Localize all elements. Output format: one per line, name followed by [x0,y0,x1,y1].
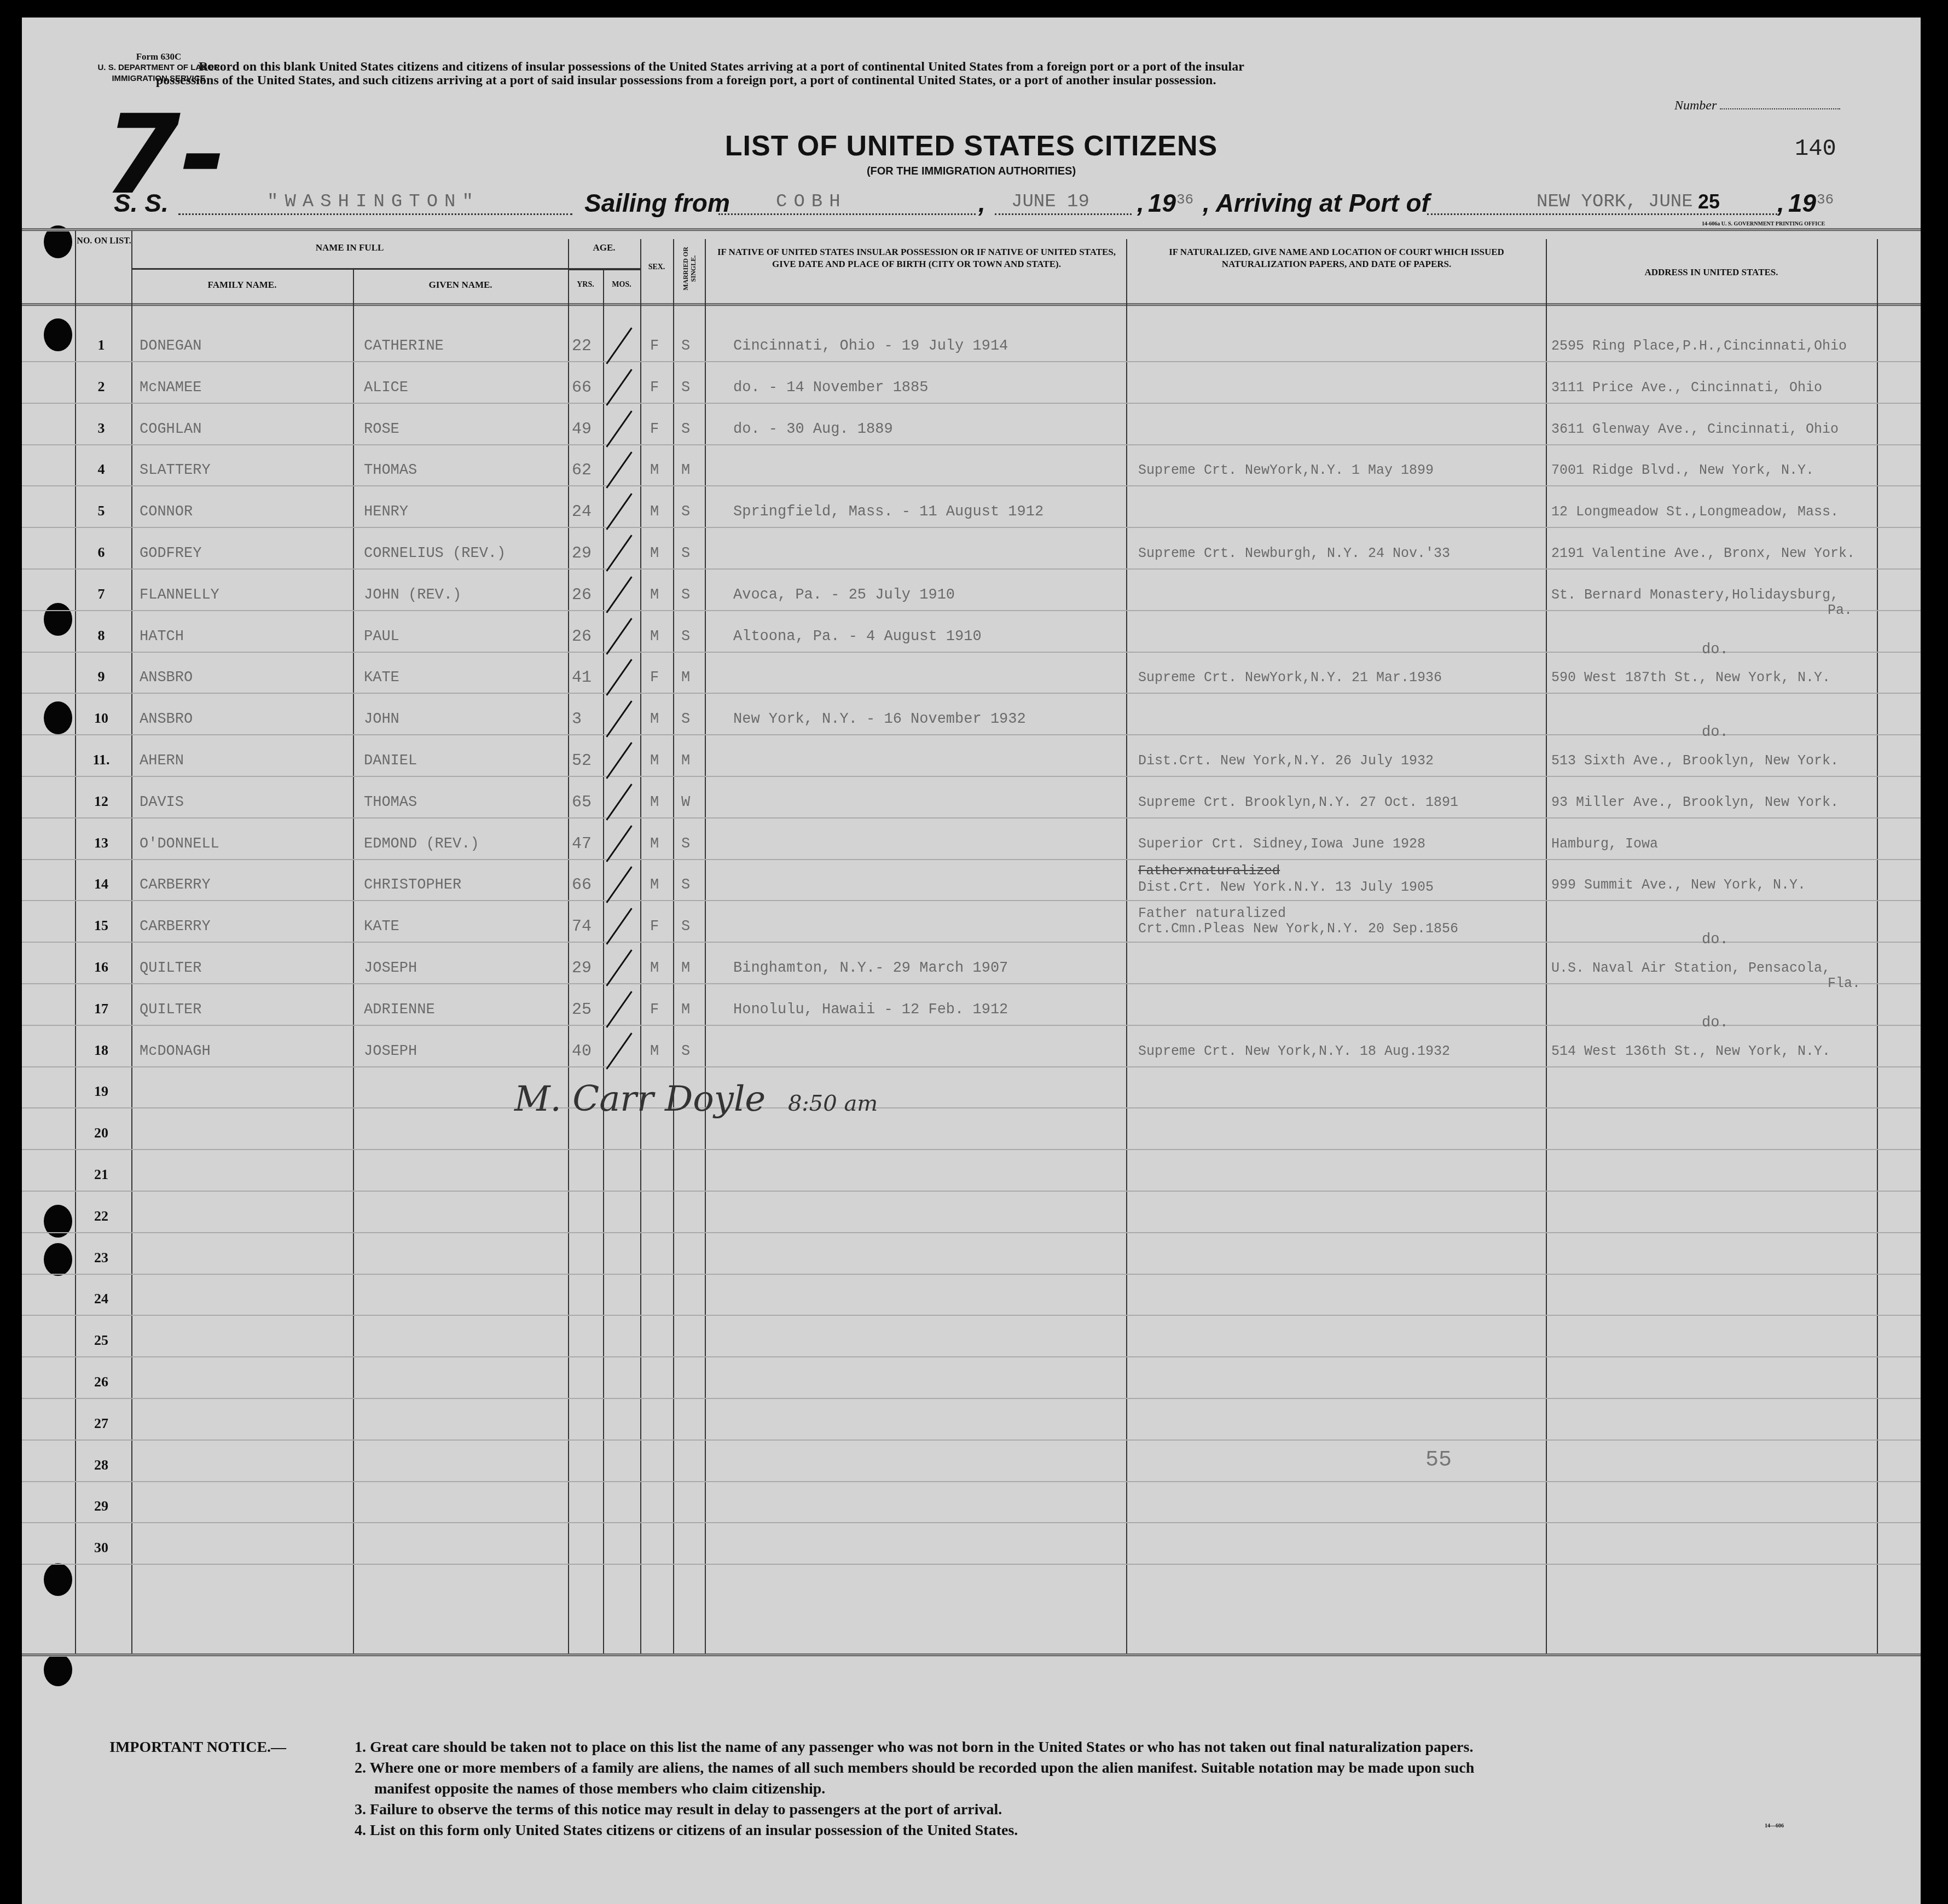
header-family-name: Family Name. [131,279,353,291]
sex: M [650,1043,659,1060]
naturalization-info: Dist.Crt. New York,N.Y. 26 July 1932 [1138,753,1434,769]
stamp-number: 55 [1425,1448,1452,1473]
given-name: HENRY [364,504,408,520]
age-years: 66 [572,379,592,397]
us-address: do. [1702,642,1729,658]
row-number: 9 [77,669,126,685]
ship-name[interactable]: "WASHINGTON" [267,191,480,212]
row-number: 27 [77,1415,126,1432]
header-given-name: Given Name. [353,279,568,291]
sex: M [650,877,659,893]
family-name: FLANNELLY [140,587,219,603]
marital-status: S [681,380,690,396]
naturalization-info: Supreme Crt. NewYork,N.Y. 1 May 1899 [1138,462,1434,478]
row-number: 28 [77,1457,126,1473]
sex: F [650,670,659,686]
marital-status: M [681,1002,690,1018]
sex: F [650,338,659,355]
naturalization-info: Supreme Crt. Newburgh, N.Y. 24 Nov.'33 [1138,545,1450,561]
us-address: 93 Miller Ave., Brooklyn, New York. [1551,794,1839,810]
us-address: 12 Longmeadow St.,Longmeadow, Mass. [1551,504,1839,520]
us-address: do. [1702,724,1729,741]
header-mos: Mos. [603,279,640,291]
us-address: 513 Sixth Ave., Brooklyn, New York. [1551,753,1839,769]
sex: F [650,1002,659,1018]
family-name: DONEGAN [140,338,201,355]
number-field[interactable]: Number [1674,98,1840,113]
header-naturalized: If naturalized, give name and location o… [1133,246,1540,270]
table-row-empty[interactable]: 26 [22,1372,1921,1413]
sex: F [650,919,659,935]
sex: M [650,587,659,603]
row-number: 12 [77,793,126,810]
naturalization-info: Crt.Cmn.Pleas New York,N.Y. 20 Sep.1856 [1138,921,1458,937]
given-name: CHRISTOPHER [364,877,461,893]
row-number: 25 [77,1332,126,1349]
age-years: 65 [572,793,592,812]
row-number: 4 [77,461,126,478]
table-row[interactable]: 13O'DONNELLEDMOND (REV.)47MSSuperior Crt… [22,833,1921,874]
table-row[interactable]: 8HATCHPAUL26MSAltoona, Pa. - 4 August 19… [22,625,1921,667]
marital-status: S [681,919,690,935]
marital-status: M [681,960,690,977]
given-name: KATE [364,670,399,686]
us-address: U.S. Naval Air Station, Pensacola, [1551,960,1830,976]
ss-label: S. S. [114,188,169,218]
age-years: 66 [572,876,592,895]
us-address: 7001 Ridge Blvd., New York, N.Y. [1551,462,1814,478]
header-address: Address in United States. [1546,266,1877,278]
family-name: CARBERRY [140,877,211,893]
signature-text: M. Carr Doyle [514,1079,766,1119]
us-address: 590 West 187th St., New York, N.Y. [1551,670,1830,686]
given-name: PAUL [364,629,399,645]
punch-hole [44,1653,72,1686]
notice-item-3: 3. Failure to observe the terms of this … [355,1799,1474,1820]
check-mark-icon [606,327,632,364]
family-name: SLATTERY [140,462,211,479]
us-address: 2191 Valentine Ave., Bronx, New York. [1551,545,1855,561]
arrival-year[interactable]: 36 [1817,191,1834,208]
age-years: 52 [572,752,592,770]
header-married: Married or Single. [682,236,697,301]
birth-info: Avoca, Pa. - 25 July 1910 [733,587,955,603]
table-row-empty[interactable]: 22 [22,1206,1921,1247]
table-row[interactable]: 15CARBERRYKATE74FSFather naturalizedCrt.… [22,915,1921,957]
marital-status: M [681,462,690,479]
us-address: do. [1702,932,1729,948]
table-row[interactable]: 12DAVISTHOMAS65MWSupreme Crt. Brooklyn,N… [22,791,1921,833]
age-years: 3 [572,710,582,729]
table-row[interactable]: 7FLANNELLYJOHN (REV.)26MSAvoca, Pa. - 25… [22,584,1921,625]
table-bottom-rule [22,1653,1921,1657]
given-name: KATE [364,919,399,935]
marital-status: S [681,1043,690,1060]
marital-status: S [681,504,690,520]
row-number: 21 [77,1166,126,1183]
sailing-year[interactable]: 36 [1176,191,1193,208]
row-number: 3 [77,420,126,437]
arrival-day[interactable]: 25 [1698,190,1720,213]
us-address: Pa. [1828,602,1852,618]
header-sex: Sex. [640,262,673,274]
table-row-empty[interactable]: 29 [22,1496,1921,1537]
table-row[interactable]: 17QUILTERADRIENNE25FMHonolulu, Hawaii - … [22,999,1921,1040]
row-number: 11. [77,752,126,768]
page-number: 140 [1795,136,1836,162]
sex: M [650,504,659,520]
naturalization-info: Dist.Crt. New York.N.Y. 13 July 1905 [1138,879,1434,895]
header-no: No. on List. [77,235,131,247]
marital-status: S [681,545,690,562]
us-address: do. [1702,1015,1729,1031]
naturalization-info: Father naturalized [1138,905,1286,921]
sex: M [650,711,659,728]
table-row-empty[interactable]: 24 [22,1288,1921,1330]
age-years: 41 [572,669,592,687]
header-bottom-rule [22,303,1921,306]
row-number: 20 [77,1125,126,1141]
given-name: JOHN (REV.) [364,587,461,603]
marital-status: M [681,753,690,769]
given-name: ADRIENNE [364,1002,435,1018]
birth-info: Honolulu, Hawaii - 12 Feb. 1912 [733,1002,1008,1018]
number-label: Number [1674,98,1717,113]
sailing-date[interactable]: JUNE 19 [1011,191,1089,212]
marital-status: S [681,836,690,852]
row-number: 22 [77,1208,126,1224]
us-address: 2595 Ring Place,P.H.,Cincinnati,Ohio [1551,338,1847,354]
age-years: 62 [572,461,592,480]
table-row[interactable]: 14CARBERRYCHRISTOPHER66MSFatherxnaturali… [22,874,1921,915]
sex: M [650,629,659,645]
arrival-port[interactable]: NEW YORK, JUNE [1537,191,1693,212]
table-row[interactable]: 16QUILTERJOSEPH29MMBinghamton, N.Y.- 29 … [22,957,1921,999]
birth-info: Cincinnati, Ohio - 19 July 1914 [733,338,1008,355]
table-row[interactable]: 1DONEGANCATHERINE22FSCincinnati, Ohio - … [22,335,1921,376]
table-row[interactable]: 10ANSBROJOHN3MSNew York, N.Y. - 16 Novem… [22,708,1921,750]
naturalization-info: Supreme Crt. NewYork,N.Y. 21 Mar.1936 [1138,670,1442,686]
manifest-page: Form 630C U. S. DEPARTMENT OF LABOR IMMI… [22,18,1921,1904]
row-number: 6 [77,544,126,561]
family-name: QUILTER [140,1002,201,1018]
marital-status: S [681,338,690,355]
family-name: QUILTER [140,960,201,977]
age-years: 74 [572,918,592,936]
given-name: DANIEL [364,753,417,769]
us-address: 999 Summit Ave., New York, N.Y. [1551,877,1806,893]
table-row[interactable]: 4SLATTERYTHOMAS62MMSupreme Crt. NewYork,… [22,459,1921,501]
table-row-empty[interactable]: 30 [22,1537,1921,1579]
header-yrs: Yrs. [568,279,603,291]
family-name: GODFREY [140,545,201,562]
page-subtitle: (FOR THE IMMIGRATION AUTHORITIES) [22,165,1921,178]
age-years: 25 [572,1001,592,1019]
age-years: 47 [572,835,592,854]
age-years: 40 [572,1042,592,1061]
us-address: Hamburg, Iowa [1551,836,1658,852]
family-name: HATCH [140,629,184,645]
row-number: 23 [77,1250,126,1266]
table-row[interactable]: 2McNAMEEALICE66FSdo. - 14 November 18853… [22,376,1921,418]
age-years: 49 [572,420,592,439]
sex: M [650,753,659,769]
us-address: 514 West 136th St., New York, N.Y. [1551,1043,1830,1059]
table-row[interactable]: 11.AHERNDANIEL52MMDist.Crt. New York,N.Y… [22,750,1921,791]
given-name: ALICE [364,380,408,396]
given-name: CATHERINE [364,338,444,355]
sex: M [650,836,659,852]
table-row[interactable]: 3COGHLANROSE49FSdo. - 30 Aug. 18893611 G… [22,418,1921,460]
age-years: 26 [572,586,592,605]
sex: F [650,380,659,396]
us-address: 3611 Glenway Ave., Cincinnati, Ohio [1551,421,1839,437]
birth-info: do. - 14 November 1885 [733,380,928,396]
age-years: 26 [572,628,592,646]
table-row-empty[interactable]: 23 [22,1247,1921,1289]
inspector-signature: M. Carr Doyle 8:50 am [514,1079,878,1119]
table-row-empty[interactable]: 28 [22,1455,1921,1496]
table-row[interactable]: 9ANSBROKATE41FMSupreme Crt. NewYork,N.Y.… [22,666,1921,708]
sex: M [650,462,659,479]
marital-status: S [681,587,690,603]
given-name: ROSE [364,421,399,438]
table-row[interactable]: 5CONNORHENRY24MSSpringfield, Mass. - 11 … [22,501,1921,542]
birth-info: Springfield, Mass. - 11 August 1912 [733,504,1043,520]
row-number: 15 [77,918,126,934]
row-number: 14 [77,876,126,892]
birth-info: Binghamton, N.Y.- 29 March 1907 [733,960,1008,977]
family-name: CONNOR [140,504,193,520]
marital-status: M [681,670,690,686]
birth-info: Altoona, Pa. - 4 August 1910 [733,629,982,645]
given-name: THOMAS [364,462,417,479]
row-number: 8 [77,628,126,644]
family-name: ANSBRO [140,711,193,728]
given-name: JOHN [364,711,399,728]
notice-item-2: 2. Where one or more members of a family… [355,1758,1474,1779]
notice-item-4: 4. List on this form only United States … [355,1820,1474,1841]
age-years: 29 [572,959,592,978]
family-name: DAVIS [140,794,184,811]
row-number: 7 [77,586,126,602]
sailing-from-label: Sailing from [584,188,730,218]
marital-status: S [681,421,690,438]
header-birth: If native of United States insular posse… [711,246,1122,270]
sex: M [650,794,659,811]
table-row-empty[interactable]: 20 [22,1123,1921,1164]
header-top-rule [22,228,1921,231]
row-number: 26 [77,1374,126,1390]
us-address: St. Bernard Monastery,Holidaysburg, [1551,587,1839,603]
table-row[interactable]: 6GODFREYCORNELIUS (REV.)29MSSupreme Crt.… [22,542,1921,584]
naturalization-struck: Fatherxnaturalized [1138,864,1280,879]
sailing-port[interactable]: COBH [776,191,847,212]
marital-status: S [681,877,690,893]
family-name: McDONAGH [140,1043,211,1060]
sex: F [650,421,659,438]
naturalization-info: Superior Crt. Sidney,Iowa June 1928 [1138,836,1425,852]
row-number: 18 [77,1042,126,1059]
sex: M [650,545,659,562]
birth-info: do. - 30 Aug. 1889 [733,421,893,438]
birth-info: New York, N.Y. - 16 November 1932 [733,711,1026,728]
family-name: McNAMEE [140,380,201,396]
instructions: Record on this blank United States citiz… [156,60,1245,88]
notice-label: IMPORTANT NOTICE.— [109,1737,286,1758]
row-number: 13 [77,835,126,851]
voyage-line: S. S. "WASHINGTON" Sailing from COBH , J… [114,188,1865,221]
row-number: 2 [77,379,126,395]
naturalization-info: Supreme Crt. Brooklyn,N.Y. 27 Oct. 1891 [1138,794,1458,810]
row-number: 29 [77,1498,126,1514]
arriving-label: , Arriving at Port of [1203,188,1430,218]
marital-status: S [681,711,690,728]
row-number: 19 [77,1083,126,1100]
notice-item-1: 1. Great care should be taken not to pla… [355,1737,1474,1758]
given-name: JOSEPH [364,960,417,977]
header-name-in-full: Name in Full [131,242,568,254]
family-name: AHERN [140,753,184,769]
given-name: EDMOND (REV.) [364,836,479,852]
row-number: 24 [77,1291,126,1307]
table-row-empty[interactable]: 25 [22,1330,1921,1372]
number-value[interactable] [1720,108,1840,109]
given-name: THOMAS [364,794,417,811]
row-number: 30 [77,1540,126,1556]
notice-item-2-cont: manifest opposite the names of those mem… [355,1779,1474,1799]
sex: M [650,960,659,977]
row-number: 10 [77,710,126,727]
age-years: 29 [572,544,592,563]
row-number: 5 [77,503,126,519]
family-name: CARBERRY [140,919,211,935]
given-name: JOSEPH [364,1043,417,1060]
year-prefix: 19 [1788,188,1816,218]
row-number: 1 [77,337,126,353]
naturalization-info: Supreme Crt. New York,N.Y. 18 Aug.1932 [1138,1043,1450,1059]
given-name: CORNELIUS (REV.) [364,545,506,562]
page-title: LIST OF UNITED STATES CITIZENS [22,130,1921,162]
table-row-empty[interactable]: 21 [22,1164,1921,1206]
table-row-empty[interactable]: 27 [22,1413,1921,1455]
age-years: 24 [572,503,592,521]
family-name: ANSBRO [140,670,193,686]
us-address: Fla. [1828,976,1860,991]
header-age: Age. [568,242,640,254]
us-address: 3111 Price Ave., Cincinnati, Ohio [1551,380,1822,396]
row-number: 16 [77,959,126,976]
printing-code: 14-606a U. S. GOVERNMENT PRINTING OFFICE [1702,221,1825,227]
year-prefix: 19 [1148,188,1176,218]
signature-time: 8:50 am [788,1091,878,1116]
table-row-empty[interactable]: 19 [22,1081,1921,1123]
family-name: O'DONNELL [140,836,219,852]
footer-code: 14—606 [1765,1823,1784,1829]
age-years: 22 [572,337,592,356]
table-row[interactable]: 18McDONAGHJOSEPH40MSSupreme Crt. New Yor… [22,1040,1921,1082]
family-name: COGHLAN [140,421,201,438]
marital-status: S [681,629,690,645]
row-number: 17 [77,1001,126,1017]
marital-status: W [681,794,690,811]
